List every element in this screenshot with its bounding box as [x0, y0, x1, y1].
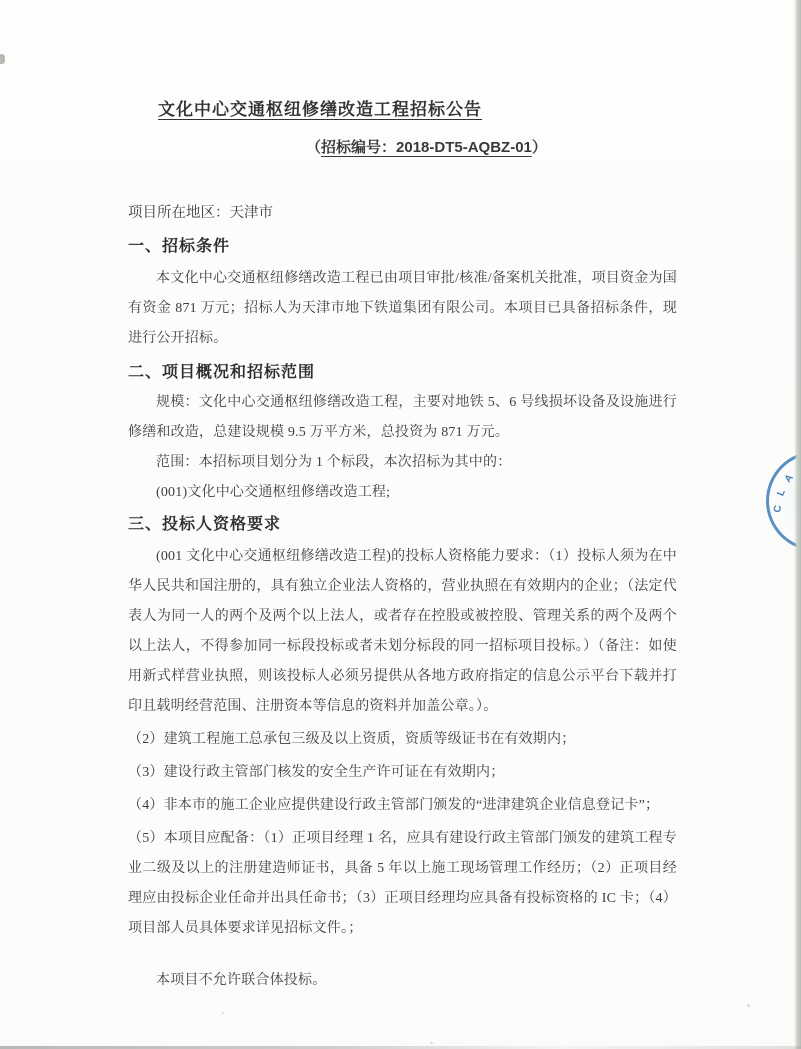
scan-edge-right	[794, 0, 801, 1049]
section-heading-1: 一、招标条件	[128, 236, 677, 258]
scanned-document-page: 文化中心交通枢纽修缮改造工程招标公告 （招标编号：2018-DT5-AQBZ-0…	[0, 0, 801, 1049]
qualification-requirement-3: （3）建设行政主管部门核发的安全生产许可证在有效期内；	[128, 758, 677, 788]
tender-number-open-paren: （	[306, 139, 321, 156]
scan-mark-left	[0, 54, 5, 64]
qualification-requirement-4: （4）非本市的施工企业应提供建设行政主管部门颁发的“进津建筑企业信息登记卡”；	[128, 791, 677, 821]
scan-speck	[430, 1042, 433, 1044]
bid-section-001-line: (001)文化中心交通枢纽修缮改造工程;	[128, 478, 677, 508]
section-1-paragraph: 本文化中心交通枢纽修缮改造工程已由项目审批/核准/备案机关批准，项目资金为国有资…	[128, 264, 677, 354]
tender-scope-paragraph: 范围：本招标项目划分为 1 个标段，本次招标为其中的：	[128, 448, 677, 478]
stamp-letter: L	[776, 488, 788, 497]
section-bidder-qualifications: 三、投标人资格要求 (001 文化中心交通枢纽修缮改造工程)的投标人资格能力要求…	[128, 514, 677, 944]
scan-speck	[747, 1004, 750, 1007]
stamp-letter: C	[773, 505, 784, 513]
tender-number-line: （招标编号：2018-DT5-AQBZ-01）	[306, 137, 547, 159]
tender-number-close-paren: ）	[532, 139, 547, 156]
document-title: 文化中心交通枢纽修缮改造工程招标公告	[158, 98, 482, 122]
qualification-requirement-5: （5）本项目应配备：（1）正项目经理 1 名，应具有建设行政主管部门颁发的建筑工…	[128, 824, 677, 944]
qualification-requirement-1: (001 文化中心交通枢纽修缮改造工程)的投标人资格能力要求：（1）投标人须为在…	[128, 542, 677, 722]
section-project-overview: 二、项目概况和招标范围 规模：文化中心交通枢纽修缮改造工程，主要对地铁 5、6 …	[128, 362, 677, 508]
scan-speck	[222, 1012, 224, 1014]
consortium-bid-note: 本项目不允许联合体投标。	[128, 966, 677, 996]
project-scale-paragraph: 规模：文化中心交通枢纽修缮改造工程，主要对地铁 5、6 号线损坏设备及设施进行修…	[128, 388, 677, 448]
section-tender-conditions: 一、招标条件 本文化中心交通枢纽修缮改造工程已由项目审批/核准/备案机关批准，项…	[128, 236, 677, 354]
document-body: 文化中心交通枢纽修缮改造工程招标公告 （招标编号：2018-DT5-AQBZ-0…	[128, 0, 677, 996]
project-location: 项目所在地区：天津市	[128, 203, 677, 223]
qualification-requirement-2: （2）建筑工程施工总承包三级及以上资质，资质等级证书在有效期内；	[128, 725, 677, 755]
section-heading-2: 二、项目概况和招标范围	[128, 362, 677, 384]
section-heading-3: 三、投标人资格要求	[128, 514, 677, 536]
tender-number: 招标编号：2018-DT5-AQBZ-01	[321, 139, 532, 156]
